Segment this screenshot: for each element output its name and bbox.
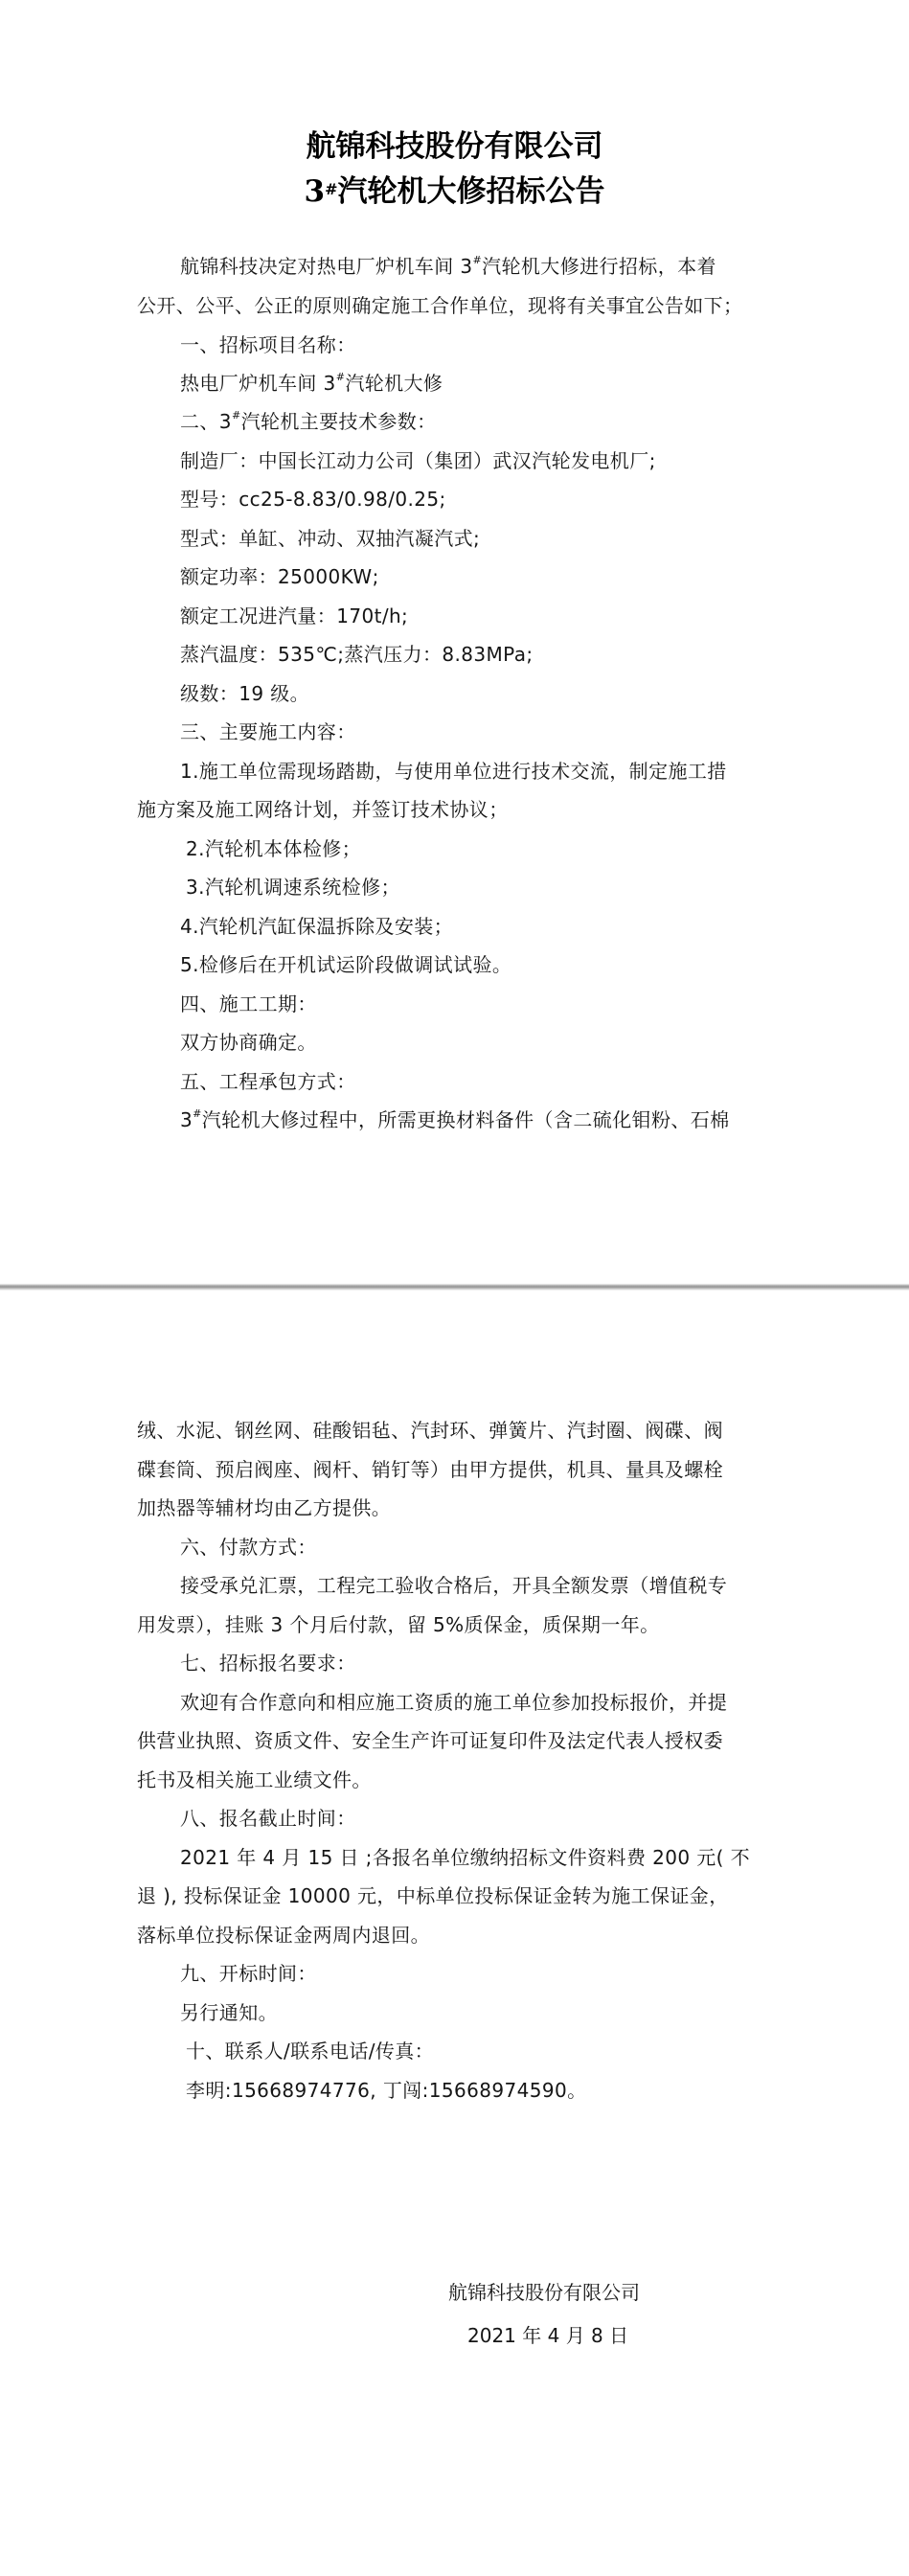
section-7-body-line-1: 欢迎有合作意向和相应施工资质的施工单位参加投标报价，并提 xyxy=(180,1683,822,1721)
section-9-body: 另行通知。 xyxy=(180,1994,822,2032)
section-1-body-b: 汽轮机大修 xyxy=(345,372,443,395)
param-type: 型式：单缸、冲动、双抽汽凝汽式; xyxy=(180,519,822,558)
section-5-heading: 五、工程承包方式： xyxy=(180,1062,822,1101)
section-1-sup-hash: # xyxy=(336,371,346,383)
section-1-body-a: 热电厂炉机车间 3 xyxy=(180,372,336,395)
section-8-body-line-1: 2021 年 4 月 15 日 ;各报名单位缴纳招标文件资料费 200 元( 不 xyxy=(180,1838,822,1877)
param-manufacturer: 制造厂：中国长江动力公司（集团）武汉汽轮发电机厂; xyxy=(180,442,822,480)
work-item-1-line-1: 1.施工单位需现场踏勘，与使用单位进行技术交流，制定施工措 xyxy=(180,752,822,790)
work-item-1-line-2: 施方案及施工网络计划，并签订技术协议； xyxy=(137,790,779,829)
section-6-heading: 六、付款方式： xyxy=(180,1528,822,1566)
signature-date: 2021 年 4 月 8 日 xyxy=(467,2316,628,2355)
section-2-heading-b: 汽轮机主要技术参数： xyxy=(241,410,437,433)
section-7-body-line-2: 供营业执照、资质文件、安全生产许可证复印件及法定代表人授权委 xyxy=(137,1721,779,1760)
intro-sup-hash: # xyxy=(472,254,482,266)
section-8-body-line-2: 退 ), 投标保证金 10000 元，中标单位投标保证金转为施工保证金， xyxy=(137,1877,779,1915)
section-8-body-line-3: 落标单位投标保证金两周内退回。 xyxy=(137,1916,779,1954)
section-7-body-line-3: 托书及相关施工业绩文件。 xyxy=(137,1761,779,1799)
section-4-body: 双方协商确定。 xyxy=(180,1023,822,1061)
document-page-1: 航锦科技股份有限公司 3#汽轮机大修招标公告 航锦科技决定对热电厂炉机车间 3#… xyxy=(0,0,909,1285)
section-4-heading: 四、施工工期： xyxy=(180,985,822,1023)
section-6-body-line-1: 接受承兑汇票，工程完工验收合格后，开具全额发票（增值税专 xyxy=(180,1566,822,1605)
param-model: 型号：cc25-8.83/0.98/0.25; xyxy=(180,480,822,518)
section-5-body-a: 3 xyxy=(180,1108,193,1131)
title-announcement: 3#汽轮机大修招标公告 xyxy=(0,171,909,213)
section-6-body-line-2: 用发票），挂账 3 个月后付款，留 5%质保金，质保期一年。 xyxy=(137,1606,779,1644)
section-8-heading: 八、报名截止时间： xyxy=(180,1799,822,1837)
work-item-2: 2.汽轮机本体检修； xyxy=(186,830,828,868)
section-2-sup-hash: # xyxy=(232,409,241,422)
title-company: 航锦科技股份有限公司 xyxy=(0,125,909,168)
section-5-body-line-1: 3#汽轮机大修过程中，所需更换材料备件（含二硫化钼粉、石棉 xyxy=(180,1101,822,1139)
section-5-sup-hash: # xyxy=(193,1107,202,1120)
param-rated-power: 额定功率：25000KW; xyxy=(180,558,822,596)
section-1-body: 热电厂炉机车间 3#汽轮机大修 xyxy=(180,364,822,402)
section-5-body-line-3: 碟套筒、预启阀座、阀杆、销钉等）由甲方提供，机具、量具及螺栓 xyxy=(137,1450,779,1489)
intro-text-a: 航锦科技决定对热电厂炉机车间 3 xyxy=(180,255,472,278)
section-5-body-b: 汽轮机大修过程中，所需更换材料备件（含二硫化钼粉、石棉 xyxy=(202,1108,730,1131)
work-item-3: 3.汽轮机调速系统检修； xyxy=(186,868,828,906)
intro-paragraph-line-2: 公开、公平、公正的原则确定施工合作单位，现将有关事宜公告如下； xyxy=(137,286,779,325)
param-stages: 级数：19 级。 xyxy=(180,674,822,713)
signature-company: 航锦科技股份有限公司 xyxy=(448,2273,640,2312)
section-5-body-line-4: 加热器等辅材均由乙方提供。 xyxy=(137,1489,779,1527)
section-3-heading: 三、主要施工内容： xyxy=(180,713,822,751)
section-10-contacts: 李明:15668974776, 丁闯:15668974590。 xyxy=(186,2071,828,2109)
page-break-divider xyxy=(0,1284,909,1290)
section-9-heading: 九、开标时间： xyxy=(180,1954,822,1993)
param-steam-temp-pressure: 蒸汽温度：535℃;蒸汽压力：8.83MPa; xyxy=(180,635,822,673)
section-2-heading: 二、3#汽轮机主要技术参数： xyxy=(180,402,822,441)
title-sup-hash: # xyxy=(325,180,337,198)
title-announcement-text: 汽轮机大修招标公告 xyxy=(337,174,604,209)
intro-paragraph-line-1: 航锦科技决定对热电厂炉机车间 3#汽轮机大修进行招标，本着 xyxy=(180,247,822,285)
intro-text-b: 汽轮机大修进行招标，本着 xyxy=(482,255,716,278)
section-2-heading-a: 二、3 xyxy=(180,410,232,433)
title-company-text: 航锦科技股份有限公司 xyxy=(307,129,603,164)
title-turbine-number: 3 xyxy=(305,174,326,209)
work-item-5: 5.检修后在开机试运阶段做调试试验。 xyxy=(180,946,822,984)
param-steam-intake: 额定工况进汽量：170t/h; xyxy=(180,597,822,635)
document-page-2: 绒、水泥、钢丝网、硅酸铝毡、汽封环、弹簧片、汽封圈、阀碟、阀 碟套筒、预启阀座、… xyxy=(0,1290,909,2576)
work-item-4: 4.汽轮机汽缸保温拆除及安装； xyxy=(180,907,822,946)
section-7-heading: 七、招标报名要求： xyxy=(180,1644,822,1682)
section-1-heading: 一、招标项目名称： xyxy=(180,326,822,364)
section-10-heading: 十、联系人/联系电话/传真： xyxy=(186,2032,828,2070)
section-5-body-line-2: 绒、水泥、钢丝网、硅酸铝毡、汽封环、弹簧片、汽封圈、阀碟、阀 xyxy=(137,1411,779,1449)
